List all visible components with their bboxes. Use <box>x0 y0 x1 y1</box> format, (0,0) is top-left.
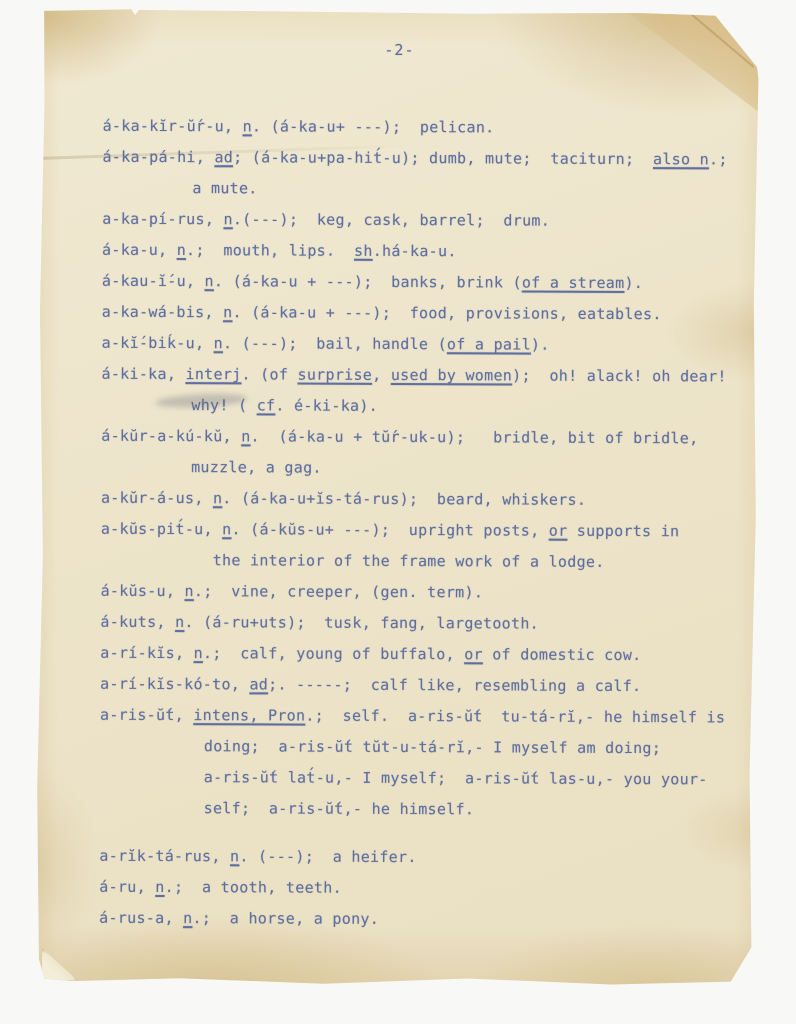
entry-text: á-rus-a, <box>99 909 183 927</box>
underlined-text: n <box>213 489 222 507</box>
entry-text: ). <box>624 274 643 292</box>
entry-text: a-kŭr-á-us, <box>101 489 213 507</box>
underlined-text: of a pail <box>447 335 531 353</box>
underlined-text: ad <box>249 675 268 693</box>
entry-text: .; a horse, a pony. <box>192 909 379 928</box>
entry-text: . (á-ka-u + ---); banks, brink ( <box>214 272 522 291</box>
entry-text: .; <box>709 150 728 168</box>
entry-line: a-rí-kĭs, n.; calf, young of buffalo, or… <box>100 638 741 672</box>
entry-line: á-kŭr-a-kú-kŭ, n. (á-ka-u + tŭ́r-uk-u); … <box>101 421 742 455</box>
entry-text: . (á-ru+uts); tusk, fang, largetooth. <box>184 613 539 633</box>
entry-text: the interior of the frame work of a lodg… <box>213 551 605 571</box>
underlined-text: ad <box>214 148 233 166</box>
entry-text: .; calf, young of buffalo, <box>203 644 464 663</box>
entry-text: . é-ki-ka). <box>275 396 378 414</box>
entry-text: . (á-ka-u + ---); food, provisions, eata… <box>232 303 661 323</box>
entry-line: á-ki-ka, interj. (of surprise, used by w… <box>101 359 742 393</box>
entries: á-ka-kĭr-ŭ́r-u, n. (á-ka-u+ ---); pelica… <box>99 111 744 937</box>
scan-background: -2- á-ka-kĭr-ŭ́r-u, n. (á-ka-u+ ---); pe… <box>0 0 796 1024</box>
entry-text: self; a-ris-ŭ́t,- he himself. <box>204 799 475 818</box>
underlined-text: n <box>214 334 223 352</box>
underlined-text: n <box>194 644 203 662</box>
underlined-text: also n <box>653 150 709 168</box>
entry-text: á-ka-u, <box>102 241 177 259</box>
document-page: -2- á-ka-kĭr-ŭ́r-u, n. (á-ka-u+ ---); pe… <box>35 7 760 986</box>
entry-text: ;. -----; calf like, resembling a calf. <box>268 675 641 695</box>
underlined-text: n <box>183 909 192 927</box>
entry-line: á-rus-a, n.; a horse, a pony. <box>99 903 740 937</box>
underlined-text: cf <box>257 396 276 414</box>
entry-text: .; mouth, lips. <box>186 241 354 260</box>
entry-text: a-ka-pí-rus, <box>102 210 223 229</box>
entry-text: . (á-ka-u+ĭs-tá-rus); beard, whiskers. <box>222 489 586 509</box>
entry-line: a-ka-pí-rus, n.(---); keg, cask, barrel;… <box>102 204 743 238</box>
underlined-text: intens, Pron <box>193 706 305 724</box>
entry-line: a-rí-kĭs-kó-to, ad;. -----; calf like, r… <box>100 669 741 703</box>
entry-continuation-line: muzzle, a gag. <box>101 452 742 486</box>
underlined-text: n <box>205 272 214 290</box>
entry-text: a-ris-ŭ́t, <box>100 706 193 724</box>
underlined-text: n <box>177 241 186 259</box>
entry-text: a-kŭs-pit́-u, <box>101 520 222 539</box>
underlined-text: used by women <box>391 366 512 385</box>
underlined-text: surprise <box>297 366 372 384</box>
entry-continuation-line: the interior of the frame work of a lodg… <box>101 545 742 579</box>
entry-text: ); oh! alack! oh dear! <box>512 366 727 385</box>
underlined-text: n <box>222 520 231 538</box>
entry-line: á-kuts, n. (á-ru+uts); tusk, fang, large… <box>100 607 741 641</box>
entry-text: ; (á-ka-u+pa-hit́-u); dumb, mute; tacitu… <box>233 148 653 168</box>
entry-continuation-line: a mute. <box>102 173 743 207</box>
entry-text: . (---); a heifer. <box>239 847 416 866</box>
entry-line: á-ka-kĭr-ŭ́r-u, n. (á-ka-u+ ---); pelica… <box>103 111 744 145</box>
underlined-text: or <box>549 522 568 540</box>
entry-continuation-line: self; a-ris-ŭ́t,- he himself. <box>100 793 741 827</box>
entry-line: á-ru, n.; a tooth, teeth. <box>99 872 740 906</box>
entry-text: ). <box>531 336 550 354</box>
entry-line: á-kau-ĭ́-u, n. (á-ka-u + ---); banks, br… <box>102 266 743 300</box>
entry-text: á-kau-ĭ́-u, <box>102 272 205 290</box>
entry-line: á-kŭs-u, n.; vine, creeper, (gen. term). <box>101 576 742 610</box>
entry-line: a-rĭk-tá-rus, n. (---); a heifer. <box>99 841 740 875</box>
page-number: -2- <box>39 39 760 60</box>
entry-text: .; self. a-ris-ŭ́t tu-tá-rĭ,- he himself… <box>305 707 725 727</box>
underlined-text: n <box>185 582 194 600</box>
folded-corner-top-right <box>623 9 761 114</box>
entry-line: a-ka-wá-bis, n. (á-ka-u + ---); food, pr… <box>102 297 743 331</box>
entry-continuation-line: a-ris-ŭ́t lat́-u,- I myself; a-ris-ŭ́t l… <box>100 762 741 796</box>
entry-text: a mute. <box>192 179 257 197</box>
entry-text: á-kuts, <box>100 613 175 631</box>
entry-line: á-ka-u, n.; mouth, lips. sh.há-ka-u. <box>102 235 743 269</box>
entry-line: a-kĭ́-biḱ-u, n. (---); bail, handle (of … <box>102 328 743 362</box>
underlined-text: n <box>223 210 232 228</box>
entry-text: doing; a-ris-ŭ́t tŭt-u-tá-rĭ,- I myself … <box>204 737 661 757</box>
entry-text: a-rĭk-tá-rus, <box>99 847 230 866</box>
entry-text: . (á-kŭs-u+ ---); upright posts, <box>231 520 548 539</box>
underlined-text: n <box>223 303 232 321</box>
entry-line: a-kŭr-á-us, n. (á-ka-u+ĭs-tá-rus); beard… <box>101 483 742 517</box>
entry-text: . (---); bail, handle ( <box>223 334 447 353</box>
entry-continuation-line: doing; a-ris-ŭ́t tŭt-u-tá-rĭ,- I myself … <box>100 731 741 765</box>
folded-corner-bottom-left <box>42 948 78 980</box>
entry-text: supports in <box>567 522 679 540</box>
entry-text: a-rí-kĭs, <box>100 644 193 662</box>
entry-text: .; vine, creeper, (gen. term). <box>194 582 483 601</box>
underlined-text: n <box>175 613 184 631</box>
entry-text: a-ka-wá-bis, <box>102 303 223 322</box>
entry-text: muzzle, a gag. <box>191 458 322 477</box>
entry-text: , <box>372 366 391 384</box>
entry-text: .há-ka-u. <box>373 242 457 260</box>
entry-line: a-kŭs-pit́-u, n. (á-kŭs-u+ ---); upright… <box>101 514 742 548</box>
entry-text: á-ka-kĭr-ŭ́r-u, <box>103 117 243 136</box>
entry-text: . (of <box>241 365 297 383</box>
entry-text: á-kŭs-u, <box>101 582 185 600</box>
underlined-text: or <box>464 645 483 663</box>
entry-line: á-ka-pá-hi, ad; (á-ka-u+pa-hit́-u); dumb… <box>102 142 743 176</box>
entry-text: a-kĭ́-biḱ-u, <box>102 334 214 352</box>
entry-text: .(---); keg, cask, barrel; drum. <box>233 210 550 229</box>
entry-text: . (á-ka-u + tŭ́r-uk-u); bridle, bit of b… <box>251 427 699 447</box>
entry-text: a-rí-kĭs-kó-to, <box>100 675 249 694</box>
underlined-text: of a stream <box>522 274 625 292</box>
entry-text: á-ki-ka, <box>101 365 185 383</box>
entry-text: . (á-ka-u+ ---); pelican. <box>252 117 495 136</box>
underlined-text: n <box>241 427 250 445</box>
entry-text: .; a tooth, teeth. <box>165 878 342 897</box>
entry-text: á-ka-pá-hi, <box>102 148 214 166</box>
entry-text: á-ru, <box>99 878 155 896</box>
entry-line: a-ris-ŭ́t, intens, Pron.; self. a-ris-ŭ́… <box>100 700 741 734</box>
underlined-text: sh <box>354 242 373 260</box>
underlined-text: n <box>230 847 239 865</box>
entry-text: of domestic cow. <box>483 645 642 664</box>
entry-text: á-kŭr-a-kú-kŭ, <box>101 427 241 446</box>
underlined-text: interj <box>185 365 241 383</box>
entry-text: a-ris-ŭ́t lat́-u,- I myself; a-ris-ŭ́t l… <box>204 768 708 788</box>
underlined-text: n <box>243 117 252 135</box>
